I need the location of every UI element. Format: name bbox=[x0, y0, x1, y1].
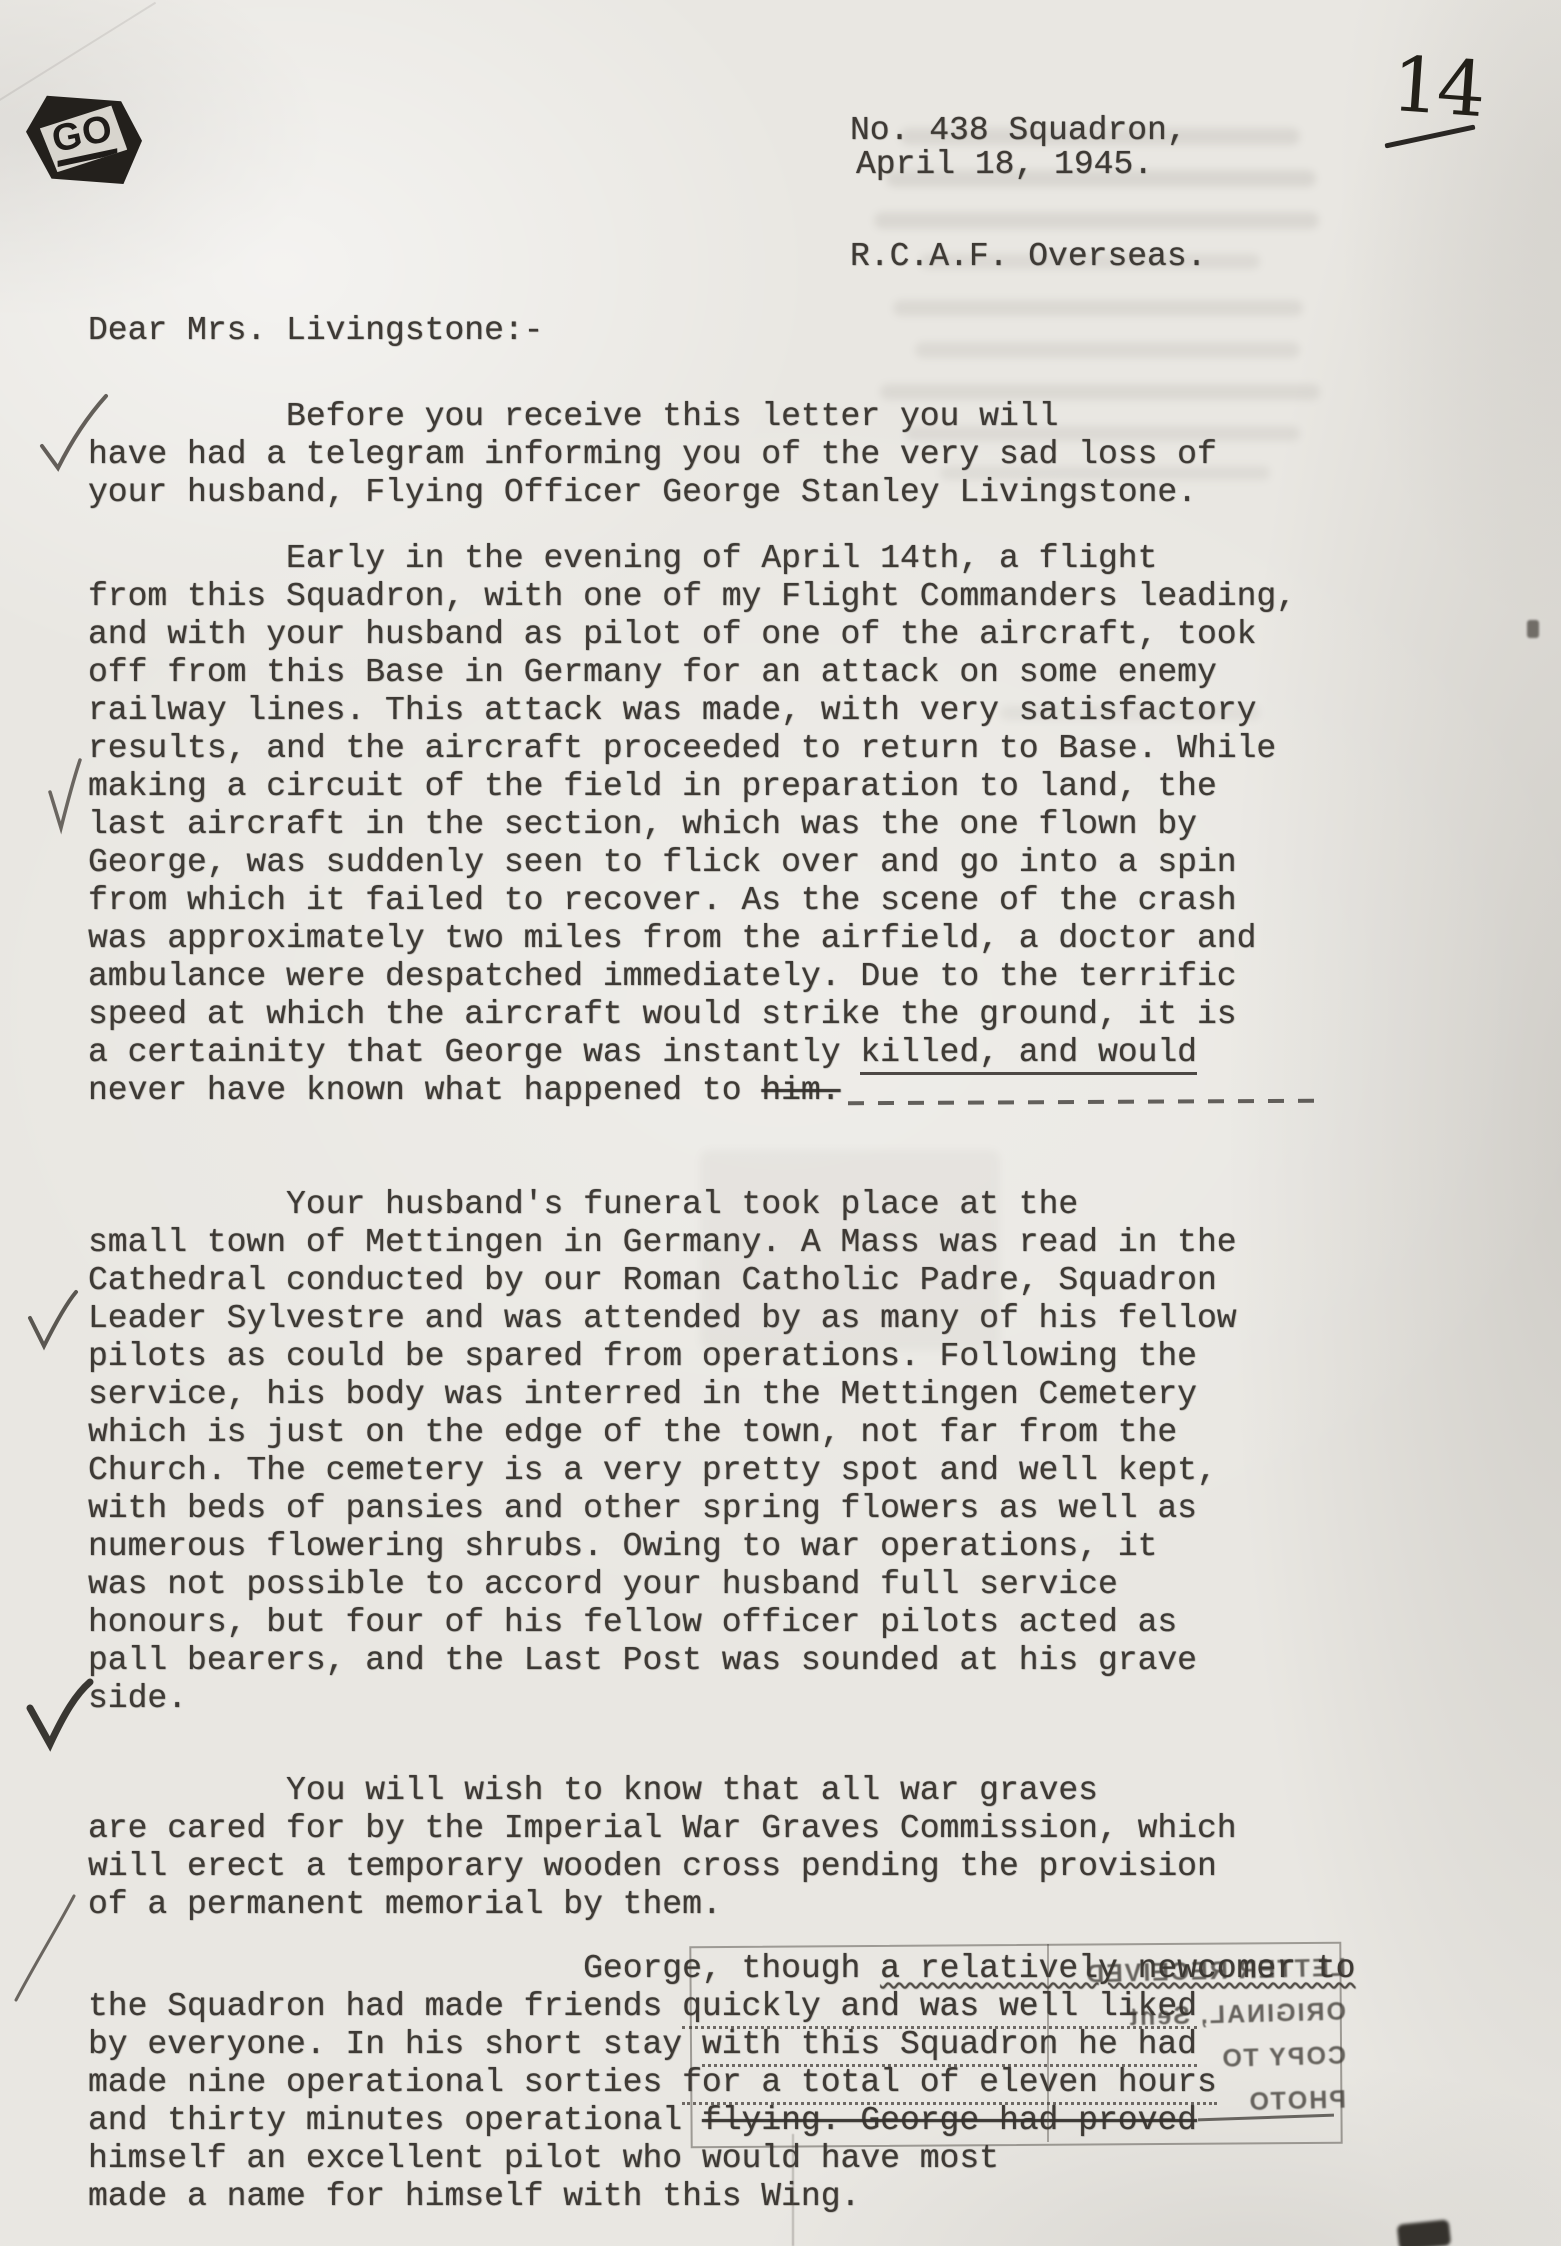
paper-crease bbox=[792, 2134, 794, 2246]
paragraph-2: Early in the evening of April 14th, a fl… bbox=[88, 540, 1456, 1110]
paragraph-5-text: by everyone. In his short stay bbox=[88, 2026, 702, 2063]
letterhead-org: R.C.A.F. Overseas. bbox=[850, 236, 1206, 278]
paragraph-3: Your husband's funeral took place at the… bbox=[88, 1186, 1456, 1718]
go-tag: GO bbox=[39, 104, 130, 174]
page-number: 14 bbox=[1389, 39, 1486, 134]
date-line: April 18, 1945. bbox=[856, 146, 1153, 184]
paragraph-2-text: never have known what happened to bbox=[88, 1072, 761, 1109]
pencil-struck-phrase: him. bbox=[761, 1072, 840, 1109]
paragraph-5-text: the Squadron had made friends bbox=[88, 1988, 682, 2025]
paragraph-5-text: himself an excellent pilot who would hav… bbox=[88, 2140, 999, 2215]
paragraph-5-text: made nine operational sorties bbox=[88, 2064, 682, 2101]
ink-speck bbox=[1527, 620, 1539, 638]
letter-page: GO 14 No. 438 Squadron, R.C.A.F. Oversea… bbox=[0, 0, 1561, 2246]
salutation: Dear Mrs. Livingstone:- bbox=[88, 312, 543, 350]
paper-crease bbox=[0, 2, 156, 104]
paragraph-2-text: Early in the evening of April 14th, a fl… bbox=[88, 540, 1296, 1071]
paragraph-4: You will wish to know that all war grave… bbox=[88, 1772, 1456, 1924]
received-stamp-divider bbox=[1047, 1944, 1049, 2142]
pencil-underlined-phrase: killed, and would bbox=[860, 1034, 1197, 1075]
checkmark-icon bbox=[50, 760, 80, 828]
corner-ink-mark bbox=[1397, 2219, 1451, 2246]
letterhead: No. 438 Squadron, R.C.A.F. Overseas. bbox=[850, 26, 1206, 362]
checkmark-icon bbox=[30, 1682, 90, 1744]
paragraph-1: Before you receive this letter you will … bbox=[88, 398, 1456, 512]
checkmark-icon bbox=[30, 1292, 76, 1346]
slash-mark-icon bbox=[16, 1896, 74, 2000]
paragraph-5-text: and thirty minutes operational bbox=[88, 2102, 702, 2139]
go-label: GO bbox=[26, 94, 142, 184]
